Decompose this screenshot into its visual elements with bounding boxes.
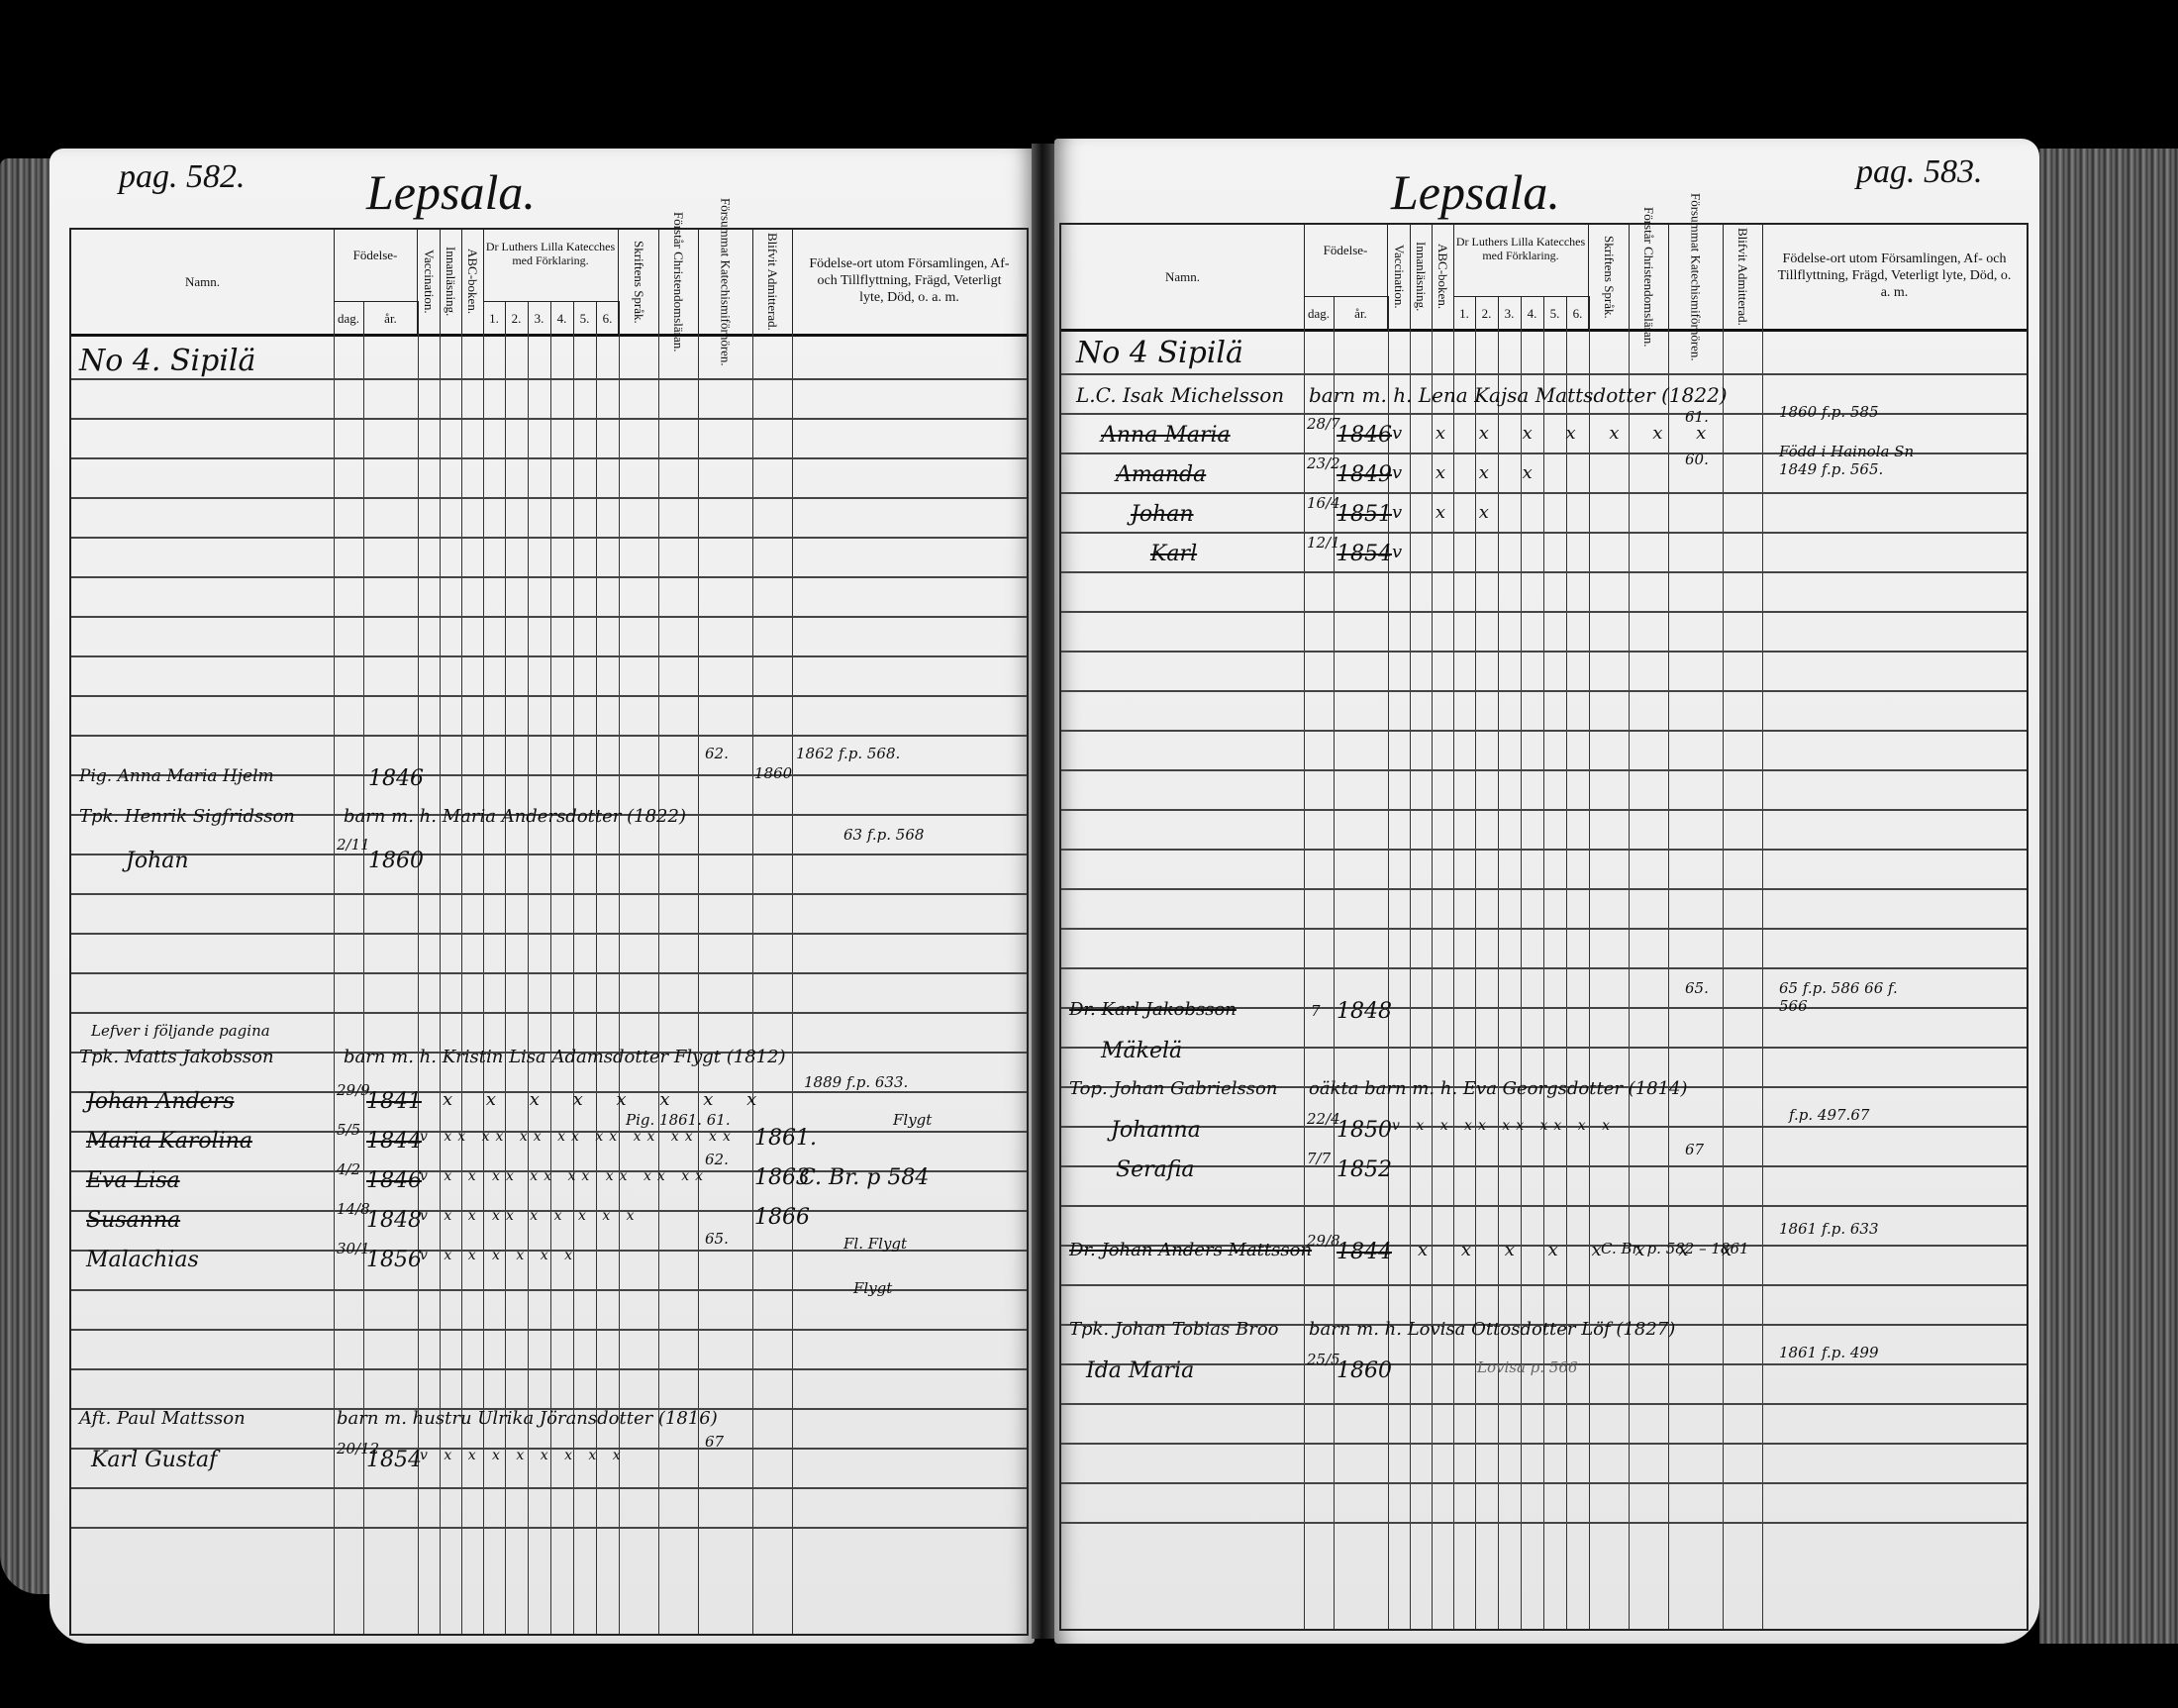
entry-name: Eva Lisa xyxy=(86,1168,180,1193)
entry-note: C. Br. p 584 xyxy=(799,1165,929,1190)
header-notes: Födelse-ort utom Församlingen, Af- och T… xyxy=(792,230,1027,334)
entry-marks: v x x xx xx xx x x xyxy=(1392,1118,1616,1134)
col-line xyxy=(505,334,506,1636)
entry-name: Amanda xyxy=(1116,462,1206,487)
entry-name: L.C. Isak Michelsson xyxy=(1076,383,1284,407)
row-line xyxy=(1061,651,2027,653)
row-line xyxy=(1061,769,2027,771)
entry-col: 67 xyxy=(1685,1141,1704,1158)
entry-year: 1860 xyxy=(1336,1358,1392,1383)
col-line xyxy=(1521,329,1522,1631)
form-bottom xyxy=(1061,1629,2027,1631)
row-line xyxy=(1061,1522,2027,1524)
household-title: No 4. Sipilä xyxy=(79,344,255,378)
entry-continuation: oäkta barn m. h. Eva Georgsdotter (1814) xyxy=(1309,1078,1688,1099)
row-line xyxy=(1061,730,2027,732)
header-innanlasning: Innanläsning. xyxy=(440,230,462,334)
header-luther-4: 4. xyxy=(550,301,574,335)
entry-day: 29/8 xyxy=(1307,1232,1340,1250)
entry-marks: v x x xx xx xx xx xx xx xyxy=(420,1168,709,1184)
row-line xyxy=(71,576,1027,578)
header-ar: år. xyxy=(1334,296,1389,330)
col-line xyxy=(528,334,529,1636)
entry-year: 1850 xyxy=(1336,1118,1392,1143)
entry-continuation: barn m. h. Lovisa Ottosdotter Löf (1827) xyxy=(1309,1319,1675,1340)
entry-year: 1854 xyxy=(1336,542,1392,566)
header-luther-6: 6. xyxy=(596,301,620,335)
row-line xyxy=(71,893,1027,895)
row-line xyxy=(71,1527,1027,1529)
row-line xyxy=(1061,888,2027,890)
entry-name: Tpk. Henrik Sigfridsson xyxy=(79,806,295,827)
entry-year: 1856 xyxy=(366,1248,422,1272)
entry-admit: 1861. xyxy=(754,1126,817,1151)
row-line xyxy=(1061,1443,2027,1445)
header-forsummat: Försummat Katechismiförhören. xyxy=(698,230,753,334)
entry-col: 62. xyxy=(705,745,729,762)
row-line xyxy=(71,1329,1027,1331)
entry-day: 5/5 xyxy=(337,1121,360,1139)
row-line xyxy=(1061,849,2027,851)
row-line xyxy=(71,854,1027,855)
row-line xyxy=(1061,1205,2027,1207)
entry-col: 62. xyxy=(705,1151,729,1168)
row-line xyxy=(1061,492,2027,494)
row-line xyxy=(1061,571,2027,573)
entry-day: 12/1 xyxy=(1307,534,1340,552)
col-line xyxy=(1453,329,1454,1631)
col-line xyxy=(440,334,441,1636)
col-line xyxy=(1304,329,1305,1631)
entry-col: 65. xyxy=(1685,979,1709,997)
header-skriftens: Skriftens Språk. xyxy=(1589,225,1630,329)
entry-year: 1849 xyxy=(1336,462,1392,487)
register-form-right: Namn. Födelse- dag. år. Vaccination. Inn… xyxy=(1059,223,2029,1631)
header-admitterad: Blifvit Admitterad. xyxy=(752,230,793,334)
entry-note: 65 f.p. 586 66 f. 566 xyxy=(1779,979,1898,1015)
row-line xyxy=(1061,809,2027,811)
parish-title: Lepsala. xyxy=(366,163,536,221)
entry-day: 23/2 xyxy=(1307,454,1340,472)
row-line xyxy=(1061,1284,2027,1286)
entry-year: 1844 xyxy=(1336,1240,1392,1264)
entry-day: 14/8 xyxy=(337,1200,370,1218)
col-line xyxy=(483,334,484,1636)
entry-marks: v x x x x x x x x xyxy=(420,1448,627,1463)
header-divider xyxy=(71,334,1027,337)
entry-note: 1861 f.p. 633 xyxy=(1779,1220,1879,1238)
entry-marks: v x x xyxy=(1392,502,1503,523)
entry-col: 67 xyxy=(705,1433,724,1451)
entry-name: Aft. Paul Mattsson xyxy=(79,1408,246,1429)
col-line xyxy=(1410,329,1411,1631)
entry-day: 4/2 xyxy=(337,1160,360,1178)
header-forstar: Förstår Christendomsläran. xyxy=(658,230,699,334)
header-luther-5: 5. xyxy=(573,301,597,335)
col-line xyxy=(619,334,620,1636)
header-innanlasning: Innanläsning. xyxy=(1410,225,1433,329)
entry-year: 1854 xyxy=(366,1448,422,1472)
entry-year: 1844 xyxy=(366,1129,422,1154)
entry-name: Tpk. Matts Jakobsson xyxy=(79,1047,274,1067)
header-notes: Födelse-ort utom Församlingen, Af- och T… xyxy=(1762,225,2027,329)
col-line xyxy=(1589,329,1590,1631)
entry-col: Lovisa p. 566 xyxy=(1477,1358,1577,1376)
entry-note: 1889 f.p. 633. xyxy=(804,1073,908,1091)
col-line xyxy=(792,334,793,1636)
header-abc: ABC-boken. xyxy=(461,230,484,334)
header-luther-1: 1. xyxy=(1453,296,1476,330)
row-line xyxy=(1061,1403,2027,1405)
row-line xyxy=(1061,611,2027,613)
entry-marks: x x x x x x x x xyxy=(443,1089,770,1110)
entry-marks: v x x xx x x x x x xyxy=(420,1208,641,1224)
page-number: pag. 583. xyxy=(1856,153,1983,191)
row-line xyxy=(71,933,1027,935)
entry-day: 28/7 xyxy=(1307,415,1340,433)
row-line xyxy=(71,418,1027,420)
row-line xyxy=(71,497,1027,499)
entry-name: Karl Gustaf xyxy=(91,1448,217,1472)
row-line xyxy=(71,457,1027,459)
entry-name: Maria Karolina xyxy=(86,1129,252,1154)
header-ar: år. xyxy=(363,301,419,335)
header-luther-1: 1. xyxy=(483,301,506,335)
col-line xyxy=(334,334,335,1636)
row-line xyxy=(1061,690,2027,692)
entry-marks: v x x x xyxy=(1392,462,1546,483)
row-line xyxy=(1061,413,2027,415)
entry-day: 22/4 xyxy=(1307,1110,1340,1128)
row-line xyxy=(1061,1047,2027,1049)
form-bottom xyxy=(71,1634,1027,1636)
entry-name: Anna Maria xyxy=(1101,423,1231,448)
entry-name: Dr. Karl Jakobsson xyxy=(1069,999,1237,1020)
header-luther-4: 4. xyxy=(1521,296,1544,330)
entry-year: 1841 xyxy=(366,1089,422,1114)
entry-note: 1861 f.p. 499 xyxy=(1779,1344,1879,1361)
col-line xyxy=(1543,329,1544,1631)
col-line xyxy=(1723,329,1724,1631)
header-luther-3: 3. xyxy=(528,301,551,335)
row-line xyxy=(1061,1482,2027,1484)
entry-year: 1852 xyxy=(1336,1157,1392,1182)
book-edge-right xyxy=(2039,149,2178,1644)
entry-name: Top. Johan Gabrielsson xyxy=(1069,1078,1277,1099)
entry-day: 7 xyxy=(1311,1002,1321,1020)
entry-day: 30/1 xyxy=(337,1240,370,1257)
entry-name: Johan xyxy=(1131,502,1194,527)
entry-name: Mäkelä xyxy=(1101,1039,1182,1063)
entry-note: 1860 f.p. 585 xyxy=(1779,403,1879,421)
row-line xyxy=(1061,928,2027,930)
entry-name: Pig. Anna Maria Hjelm xyxy=(79,766,274,786)
entry-year: 1846 xyxy=(1336,423,1392,448)
entry-note: 1862 f.p. 568. xyxy=(796,745,900,762)
entry-continuation: barn m. h. Lena Kajsa Mattsdotter (1822) xyxy=(1309,383,1728,407)
entry-name: Tpk. Johan Tobias Broo xyxy=(1069,1319,1279,1340)
entry-name: Karl xyxy=(1150,542,1197,566)
entry-day: 7/7 xyxy=(1307,1150,1331,1167)
entry-col: 60. xyxy=(1685,451,1709,468)
col-line xyxy=(461,334,462,1636)
header-luther-3: 3. xyxy=(1498,296,1522,330)
entry-note: Född i Hainola Sn 1849 f.p. 565. xyxy=(1779,443,1928,478)
household-title: No 4 Sipilä xyxy=(1076,336,1243,370)
entry-admit: 1866 xyxy=(754,1205,810,1230)
entry-name: Ida Maria xyxy=(1086,1358,1194,1383)
header-namn: Namn. xyxy=(71,230,335,334)
col-line xyxy=(1498,329,1499,1631)
col-line xyxy=(1668,329,1669,1631)
entry-note: f.p. 497.67 xyxy=(1789,1106,1869,1124)
entry-name: Malachias xyxy=(86,1248,199,1272)
row-line xyxy=(71,1487,1027,1489)
row-line xyxy=(71,972,1027,974)
col-line xyxy=(573,334,574,1636)
row-line xyxy=(71,695,1027,697)
col-line xyxy=(550,334,551,1636)
col-line xyxy=(1432,329,1433,1631)
header-vaccination: Vaccination. xyxy=(1388,225,1411,329)
entry-day: 2/11 xyxy=(337,836,370,854)
entry-name: Serafia xyxy=(1116,1157,1195,1182)
entry-day: 16/4 xyxy=(1307,494,1340,512)
row-line xyxy=(71,655,1027,657)
entry-year: 1846 xyxy=(366,1168,422,1193)
entry-note: Fl. Flygt xyxy=(843,1235,907,1253)
entry-col: C. Br. p. 582 – 1861 xyxy=(1601,1240,1749,1257)
header-admitterad: Blifvit Admitterad. xyxy=(1723,225,1763,329)
entry-marks: v xyxy=(1392,542,1416,562)
entry-col: 65. xyxy=(705,1230,729,1248)
row-line xyxy=(71,616,1027,618)
entry-admit: 1860 xyxy=(754,764,792,782)
entry-year: 1860 xyxy=(368,849,424,873)
entry-name: Johan Anders xyxy=(86,1089,234,1114)
row-line xyxy=(71,1012,1027,1014)
header-abc: ABC-boken. xyxy=(1432,225,1454,329)
col-line xyxy=(1566,329,1567,1631)
row-line xyxy=(1061,532,2027,534)
entry-note: 63 f.p. 568 xyxy=(843,826,924,844)
header-skriftens: Skriftens Språk. xyxy=(619,230,659,334)
header-luther-5: 5. xyxy=(1543,296,1567,330)
book-edge-left xyxy=(0,158,54,1594)
entry-continuation: barn m. h. Maria Andersdotter (1822) xyxy=(344,806,686,827)
entry-year: 1851 xyxy=(1336,502,1392,527)
entry-marks: v x x x x x x xyxy=(420,1248,578,1263)
row-line xyxy=(1061,967,2027,969)
entry-marks: v xx xx xx xx xx xx xx xx xyxy=(420,1129,737,1145)
parish-title: Lepsala. xyxy=(1391,163,1560,221)
header-forsummat: Försummat Katechismiförhören. xyxy=(1668,225,1724,329)
left-page: pag. 582. Lepsala. Namn. Födelse- dag. å… xyxy=(49,149,1035,1644)
entry-note: Flygt xyxy=(853,1279,892,1297)
entry-name: Johan xyxy=(126,849,189,873)
entry-note-continued: Lefver i följande pagina xyxy=(91,1022,270,1040)
header-vaccination: Vaccination. xyxy=(418,230,441,334)
header-luther-2: 2. xyxy=(1475,296,1499,330)
page-number: pag. 582. xyxy=(119,158,246,196)
header-namn: Namn. xyxy=(1061,225,1305,329)
entry-name: Johanna xyxy=(1111,1118,1201,1143)
entry-name: Dr. Johan Anders Mattsson xyxy=(1069,1240,1312,1260)
col-line xyxy=(596,334,597,1636)
col-line xyxy=(698,334,699,1636)
col-line xyxy=(752,334,753,1636)
header-forstar: Förstår Christendomsläran. xyxy=(1629,225,1669,329)
col-line xyxy=(1475,329,1476,1631)
register-form-left: Namn. Födelse- dag. år. Vaccination. Inn… xyxy=(69,228,1029,1636)
row-line xyxy=(1061,373,2027,375)
entry-continuation: barn m. hustru Ulrika Jöransdotter (1816… xyxy=(337,1408,718,1429)
col-line xyxy=(1629,329,1630,1631)
right-page: Lepsala. pag. 583. Namn. Födelse- dag. å… xyxy=(1054,139,2039,1644)
row-line xyxy=(71,735,1027,737)
entry-year: 1846 xyxy=(368,766,424,791)
entry-name: Susanna xyxy=(86,1208,180,1233)
entry-note: Flygt xyxy=(893,1111,932,1129)
row-line xyxy=(71,1368,1027,1370)
entry-day: 25/5 xyxy=(1307,1351,1340,1368)
col-line xyxy=(1334,329,1335,1631)
entry-marks: v x x x x x x x xyxy=(1392,423,1720,444)
col-line xyxy=(418,334,419,1636)
entry-col: Pig. 1861. 61. xyxy=(626,1111,731,1129)
row-line xyxy=(1061,1165,2027,1167)
col-line xyxy=(658,334,659,1636)
header-dag: dag. xyxy=(1304,296,1335,330)
entry-day: 29/9 xyxy=(337,1081,370,1099)
header-dag: dag. xyxy=(334,301,364,335)
entry-year: 1848 xyxy=(366,1208,422,1233)
entry-continuation: barn m. h. Kristin Lisa Adamsdotter Flyg… xyxy=(344,1047,786,1067)
entry-year: 1848 xyxy=(1336,999,1392,1024)
row-line xyxy=(71,537,1027,539)
header-luther-6: 6. xyxy=(1566,296,1590,330)
header-luther-2: 2. xyxy=(505,301,529,335)
row-line xyxy=(71,378,1027,380)
col-line xyxy=(1762,329,1763,1631)
